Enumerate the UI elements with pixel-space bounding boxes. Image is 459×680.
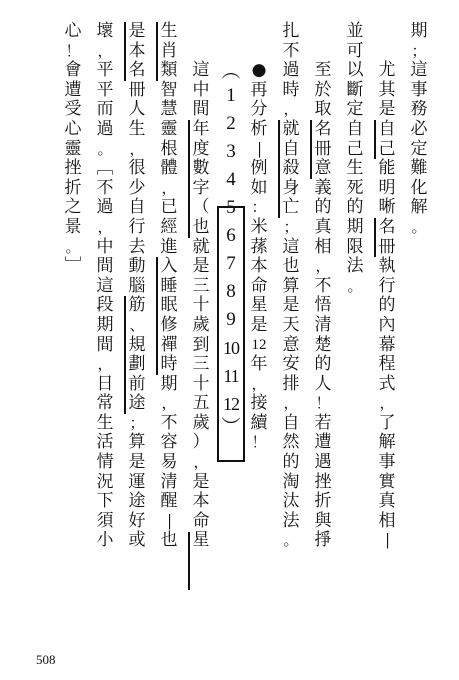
text-char: 遭: [62, 81, 84, 101]
text-char: 間: [94, 336, 116, 356]
text-char: 度: [190, 140, 212, 160]
text-char: 尤: [376, 61, 398, 81]
text-char: 難: [408, 159, 430, 179]
text-char: 壞: [94, 22, 116, 42]
text-char: 挫: [312, 473, 334, 493]
text-char: 十: [190, 296, 212, 316]
text-char: 是: [190, 473, 212, 493]
text-char: 扎: [280, 22, 302, 42]
text-char: 之: [62, 198, 84, 218]
text-char: 可: [344, 42, 366, 62]
text-char: ，: [94, 218, 116, 238]
text-char: ，: [158, 179, 180, 199]
emphasis-line: [310, 120, 312, 179]
text-char: 能: [376, 159, 398, 179]
text-char: 這: [280, 238, 302, 258]
text-char: 已: [158, 198, 180, 218]
text-char: 常: [94, 394, 116, 414]
text-char: 。: [280, 531, 302, 551]
text-char: 自: [126, 198, 148, 218]
text-char: 米: [248, 218, 270, 238]
text-char: 日: [94, 375, 116, 395]
text-char: 化: [408, 179, 430, 199]
text-char: 智: [158, 81, 180, 101]
text-char: 是: [190, 257, 212, 277]
text-char: ，: [248, 375, 270, 395]
text-char: 必: [408, 120, 430, 140]
text-char: 算: [126, 433, 148, 453]
text-char: 劃: [126, 355, 148, 375]
text-char: 如: [248, 179, 270, 199]
text-char: 歲: [190, 316, 212, 336]
text-char: 少: [126, 179, 148, 199]
text-char: 名: [376, 218, 398, 238]
text-char: 就: [190, 238, 212, 258]
text-char: 間: [94, 257, 116, 277]
text-char: 規: [126, 336, 148, 356]
text-char: （: [190, 198, 212, 218]
text-char: 星: [248, 296, 270, 316]
open-paren: ︵: [220, 62, 242, 82]
text-char: 這: [94, 277, 116, 297]
text-char: 體: [158, 159, 180, 179]
text-char: 動: [126, 257, 148, 277]
text-column: 尤其是自己能明晰名冊執行的內幕程式，了解事實真相—: [376, 61, 398, 551]
text-char: 內: [376, 316, 398, 336]
text-column: 至於取名冊意義的真相，不悟清楚的人！若遭遇挫折與掙: [312, 61, 334, 551]
text-char: 易: [158, 453, 180, 473]
text-char: 三: [190, 355, 212, 375]
text-char: 法: [280, 512, 302, 532]
text-char: 挫: [62, 159, 84, 179]
year-number: 2: [220, 110, 242, 138]
text-char: 實: [376, 473, 398, 493]
text-char: 冊: [126, 81, 148, 101]
text-char: 醒: [158, 492, 180, 512]
text-char: 段: [94, 296, 116, 316]
text-char: 天: [280, 316, 302, 336]
text-char: ，: [280, 100, 302, 120]
text-char: 期: [344, 218, 366, 238]
text-char: 。: [408, 218, 430, 238]
text-char: 掙: [312, 531, 334, 551]
text-char: 明: [376, 179, 398, 199]
emphasis-line: [278, 120, 280, 218]
text-char: 這: [190, 61, 212, 81]
text-char: 算: [280, 277, 302, 297]
text-char: 若: [312, 414, 334, 434]
text-column: 這中間年度數字（也就是三十歲到三十五歲），是本命星: [190, 61, 212, 551]
text-char: 也: [158, 531, 180, 551]
text-char: 不: [94, 179, 116, 199]
text-char: 是: [248, 316, 270, 336]
text-char: ；: [126, 414, 148, 434]
text-char: 斷: [344, 81, 366, 101]
text-column: 期；這事務必定難化解。: [408, 22, 430, 238]
text-char: 前: [126, 375, 148, 395]
text-char: 冊: [312, 140, 334, 160]
text-char: ﹈: [62, 257, 84, 277]
text-char: 禪: [158, 336, 180, 356]
text-column: 心！會遭受心靈挫折之景。﹈: [62, 22, 84, 277]
text-char: 類: [158, 61, 180, 81]
text-char: 眠: [158, 296, 180, 316]
text-char: 好: [126, 512, 148, 532]
text-char: 心: [62, 22, 84, 42]
text-char: 途: [126, 492, 148, 512]
text-char: 並: [344, 22, 366, 42]
text-char: 行: [376, 277, 398, 297]
text-char: 本: [248, 257, 270, 277]
text-char: 景: [62, 218, 84, 238]
text-char: 筋: [126, 296, 148, 316]
text-char: 期: [94, 316, 116, 336]
text-char: 進: [158, 238, 180, 258]
text-char: ！: [248, 433, 270, 453]
text-char: 自: [376, 120, 398, 140]
text-char: 是: [126, 22, 148, 42]
text-char: 例: [248, 159, 270, 179]
text-char: 事: [376, 453, 398, 473]
text-char: 再: [248, 81, 270, 101]
text-char: 限: [344, 238, 366, 258]
text-char: 入: [158, 257, 180, 277]
text-char: 星: [190, 531, 212, 551]
text-char: 是: [280, 296, 302, 316]
text-char: 或: [126, 531, 148, 551]
text-char: 續: [248, 414, 270, 434]
text-char: 下: [94, 492, 116, 512]
text-char: 心: [62, 120, 84, 140]
text-char: 與: [312, 512, 334, 532]
text-column: ●再分析—例如：米蓀本命星是12年，接續！: [248, 61, 270, 453]
text-char: 自: [344, 120, 366, 140]
text-char: 清: [312, 316, 334, 336]
text-char: 解: [376, 433, 398, 453]
text-char: 慧: [158, 100, 180, 120]
text-char: 至: [312, 61, 334, 81]
text-char: ，: [280, 394, 302, 414]
text-char: 的: [312, 355, 334, 375]
text-char: 折: [62, 179, 84, 199]
text-char: 程: [376, 355, 398, 375]
text-char: 運: [126, 473, 148, 493]
text-char: 過: [94, 120, 116, 140]
text-char: 了: [376, 414, 398, 434]
text-char: 期: [408, 22, 430, 42]
text-char: 不: [280, 42, 302, 62]
text-char: 遭: [312, 433, 334, 453]
text-char: 的: [312, 198, 334, 218]
text-char: 途: [126, 394, 148, 414]
text-char: 命: [248, 277, 270, 297]
text-char: 會: [62, 61, 84, 81]
text-column: 生肖類智慧靈根體，已經進入睡眠修禪時期，不容易清醒—也: [158, 22, 180, 551]
text-char: ，: [94, 42, 116, 62]
text-char: 況: [94, 473, 116, 493]
text-char: 取: [312, 100, 334, 120]
text-char: 間: [190, 100, 212, 120]
text-char: 遇: [312, 453, 334, 473]
text-char: 殺: [280, 159, 302, 179]
text-char: 蓀: [248, 238, 270, 258]
text-char: 年: [190, 120, 212, 140]
text-char: 腦: [126, 277, 148, 297]
text-char: 而: [94, 100, 116, 120]
text-char: 其: [376, 81, 398, 101]
text-char: 小: [94, 531, 116, 551]
text-char: 到: [190, 336, 212, 356]
text-char: ●: [248, 61, 270, 81]
text-char: ，: [376, 394, 398, 414]
text-char: 死: [344, 179, 366, 199]
text-char: ，: [126, 140, 148, 160]
text-char: 自: [280, 140, 302, 160]
text-char: 時: [158, 355, 180, 375]
text-char: 式: [376, 375, 398, 395]
emphasis-line: [374, 120, 376, 159]
text-char: 是: [126, 453, 148, 473]
text-char: 定: [408, 140, 430, 160]
text-char: 期: [158, 375, 180, 395]
text-column: 扎不過時，就自殺身亡；這也算是天意安排，自然的淘汰法。: [280, 22, 302, 551]
text-char: 本: [126, 42, 148, 62]
text-char: 定: [344, 100, 366, 120]
text-char: 冊: [376, 238, 398, 258]
text-char: 的: [376, 296, 398, 316]
text-char: 己: [344, 140, 366, 160]
text-char: 12: [248, 336, 270, 356]
text-char: 睡: [158, 277, 180, 297]
text-char: 於: [312, 81, 334, 101]
text-char: 過: [280, 61, 302, 81]
text-char: 意: [312, 159, 334, 179]
emphasis-line: [188, 532, 190, 591]
year-number: 1: [220, 82, 242, 110]
emphasis-line: [374, 218, 376, 257]
text-char: ，: [312, 257, 334, 277]
text-char: 的: [280, 453, 302, 473]
text-char: ；: [408, 42, 430, 62]
text-char: ：: [248, 198, 270, 218]
text-char: 析: [248, 120, 270, 140]
text-char: 去: [126, 238, 148, 258]
text-char: 義: [312, 179, 334, 199]
text-char: 然: [280, 433, 302, 453]
text-char: 經: [158, 218, 180, 238]
year-number: 4: [220, 166, 242, 194]
text-char: 平: [94, 61, 116, 81]
text-char: 中: [190, 81, 212, 101]
text-char: 也: [190, 218, 212, 238]
text-char: 折: [312, 492, 334, 512]
text-char: 。: [344, 277, 366, 297]
text-char: 己: [376, 140, 398, 160]
text-char: ！: [62, 42, 84, 62]
text-char: 命: [190, 512, 212, 532]
text-char: 幕: [376, 336, 398, 356]
text-char: 中: [94, 238, 116, 258]
text-char: 修: [158, 316, 180, 336]
text-char: 活: [94, 433, 116, 453]
text-char: 十: [190, 375, 212, 395]
text-column: 壞，平平而過。﹇不過，中間這段期間，日常生活情況下須小: [94, 22, 116, 551]
text-char: 解: [408, 198, 430, 218]
text-char: ，: [158, 394, 180, 414]
emphasis-line: [124, 22, 126, 81]
text-char: ）: [190, 433, 212, 453]
text-char: 相: [312, 238, 334, 258]
text-char: 不: [158, 414, 180, 434]
text-char: 安: [280, 355, 302, 375]
text-char: 不: [312, 277, 334, 297]
text-char: 須: [94, 512, 116, 532]
text-char: 生: [158, 22, 180, 42]
text-char: 也: [280, 257, 302, 277]
text-char: 真: [376, 492, 398, 512]
text-char: ，: [94, 355, 116, 375]
text-char: 五: [190, 394, 212, 414]
text-char: 字: [190, 179, 212, 199]
highlight-box: [217, 206, 245, 462]
text-char: 是: [376, 100, 398, 120]
text-char: 人: [312, 375, 334, 395]
text-char: 平: [94, 81, 116, 101]
text-char: 生: [126, 120, 148, 140]
text-char: 分: [248, 100, 270, 120]
text-char: 容: [158, 433, 180, 453]
text-char: 汰: [280, 492, 302, 512]
text-char: 人: [126, 100, 148, 120]
text-char: 名: [126, 61, 148, 81]
emphasis-line: [188, 120, 190, 238]
text-char: 就: [280, 120, 302, 140]
text-char: 意: [280, 336, 302, 356]
text-char: 歲: [190, 414, 212, 434]
text-char: 悟: [312, 296, 334, 316]
text-char: 根: [158, 140, 180, 160]
text-char: 生: [344, 159, 366, 179]
text-char: —: [159, 511, 179, 533]
emphasis-line: [124, 296, 126, 414]
text-char: 執: [376, 257, 398, 277]
text-char: 淘: [280, 473, 302, 493]
text-char: 肖: [158, 42, 180, 62]
text-char: 生: [94, 414, 116, 434]
text-char: 過: [94, 198, 116, 218]
page-number: 508: [36, 652, 56, 668]
text-char: 接: [248, 394, 270, 414]
text-char: 以: [344, 61, 366, 81]
text-char: —: [377, 530, 397, 552]
text-char: 、: [126, 316, 148, 336]
text-char: 排: [280, 375, 302, 395]
text-char: 本: [190, 492, 212, 512]
emphasis-line: [156, 22, 158, 81]
text-char: 相: [376, 512, 398, 532]
text-char: ！: [312, 394, 334, 414]
text-char: 事: [408, 81, 430, 101]
text-char: 自: [280, 414, 302, 434]
text-char: 行: [126, 218, 148, 238]
text-char: ﹇: [94, 159, 116, 179]
text-char: 身: [280, 179, 302, 199]
text-char: 數: [190, 159, 212, 179]
text-char: 楚: [312, 336, 334, 356]
text-char: 。: [62, 238, 84, 258]
text-char: 這: [408, 61, 430, 81]
text-char: 清: [158, 473, 180, 493]
text-char: 真: [312, 218, 334, 238]
text-char: 名: [312, 120, 334, 140]
text-column: 是本名冊人生，很少自行去動腦筋、規劃前途；算是運途好或: [126, 22, 148, 551]
text-char: ，: [190, 453, 212, 473]
text-column: 並可以斷定自己生死的期限法。: [344, 22, 366, 296]
text-char: ；: [280, 218, 302, 238]
text-char: 靈: [158, 120, 180, 140]
text-char: 務: [408, 100, 430, 120]
text-char: 亡: [280, 198, 302, 218]
emphasis-line: [156, 257, 158, 375]
text-char: 靈: [62, 140, 84, 160]
text-char: —: [249, 138, 269, 160]
year-number: 3: [220, 138, 242, 166]
text-char: 三: [190, 277, 212, 297]
text-char: 受: [62, 100, 84, 120]
text-char: 情: [94, 453, 116, 473]
text-char: 的: [344, 198, 366, 218]
text-char: 晰: [376, 198, 398, 218]
text-char: 很: [126, 159, 148, 179]
text-char: 。: [94, 140, 116, 160]
text-char: 法: [344, 257, 366, 277]
text-char: 時: [280, 81, 302, 101]
text-char: 年: [248, 355, 270, 375]
